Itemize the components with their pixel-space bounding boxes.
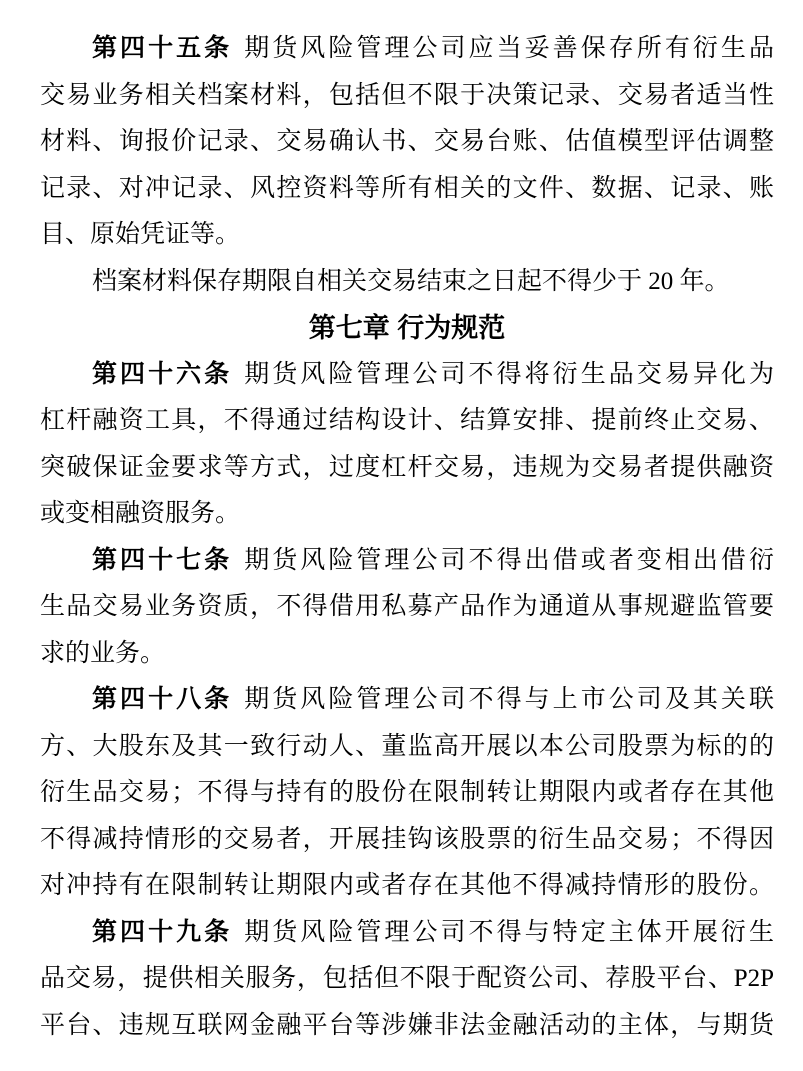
article-number: 第四十八条: [92, 686, 232, 713]
document-line: 杠杆融资工具，不得通过结构设计、结算安排、提前终止交易、: [40, 398, 774, 445]
document-line: 对冲持有在限制转让期限内或者存在其他不得减持情形的股份。: [40, 863, 774, 910]
document-line: 交易业务相关档案材料，包括但不限于决策记录、交易者适当性: [40, 73, 774, 120]
article-first-line-text: 期货风险管理公司应当妥善保存所有衍生品: [244, 35, 774, 62]
document-line: 第四十六条期货风险管理公司不得将衍生品交易异化为: [40, 352, 774, 399]
document-line: 档案材料保存期限自相关交易结束之日起不得少于 20 年。: [40, 259, 774, 306]
document-line: 突破保证金要求等方式，过度杠杆交易，违规为交易者提供融资: [40, 445, 774, 492]
document-line: 求的业务。: [40, 631, 774, 678]
document-line: 第四十八条期货风险管理公司不得与上市公司及其关联: [40, 677, 774, 724]
article-number: 第四十五条: [92, 35, 232, 62]
article-number: 第四十六条: [92, 361, 232, 388]
document-line: 生品交易业务资质，不得借用私募产品作为通道从事规避监管要: [40, 584, 774, 631]
article-first-line-text: 期货风险管理公司不得将衍生品交易异化为: [244, 361, 774, 388]
document-line: 目、原始凭证等。: [40, 212, 774, 259]
article-number: 第四十九条: [92, 919, 232, 946]
document-line: 第四十五条期货风险管理公司应当妥善保存所有衍生品: [40, 26, 774, 73]
document-line: 衍生品交易；不得与持有的股份在限制转让期限内或者存在其他: [40, 770, 774, 817]
document-line: 第四十七条期货风险管理公司不得出借或者变相出借衍: [40, 538, 774, 585]
document-line: 品交易，提供相关服务，包括但不限于配资公司、荐股平台、P2P: [40, 956, 774, 1003]
article-first-line-text: 期货风险管理公司不得与上市公司及其关联: [244, 686, 774, 713]
article-first-line-text: 期货风险管理公司不得与特定主体开展衍生: [244, 919, 774, 946]
document-line: 材料、询报价记录、交易确认书、交易台账、估值模型评估调整: [40, 119, 774, 166]
document-line: 方、大股东及其一致行动人、董监高开展以本公司股票为标的的: [40, 724, 774, 771]
document-line: 或变相融资服务。: [40, 491, 774, 538]
document-line: 记录、对冲记录、风控资料等所有相关的文件、数据、记录、账: [40, 166, 774, 213]
document-page: 第四十五条期货风险管理公司应当妥善保存所有衍生品交易业务相关档案材料，包括但不限…: [0, 0, 803, 1071]
chapter-heading: 第七章 行为规范: [40, 305, 774, 352]
article-number: 第四十七条: [92, 547, 232, 574]
article-first-line-text: 期货风险管理公司不得出借或者变相出借衍: [244, 547, 774, 574]
document-line: 不得减持情形的交易者，开展挂钩该股票的衍生品交易；不得因: [40, 817, 774, 864]
document-line: 平台、违规互联网金融平台等涉嫌非法金融活动的主体，与期货: [40, 1003, 774, 1050]
document-line: 第四十九条期货风险管理公司不得与特定主体开展衍生: [40, 910, 774, 957]
